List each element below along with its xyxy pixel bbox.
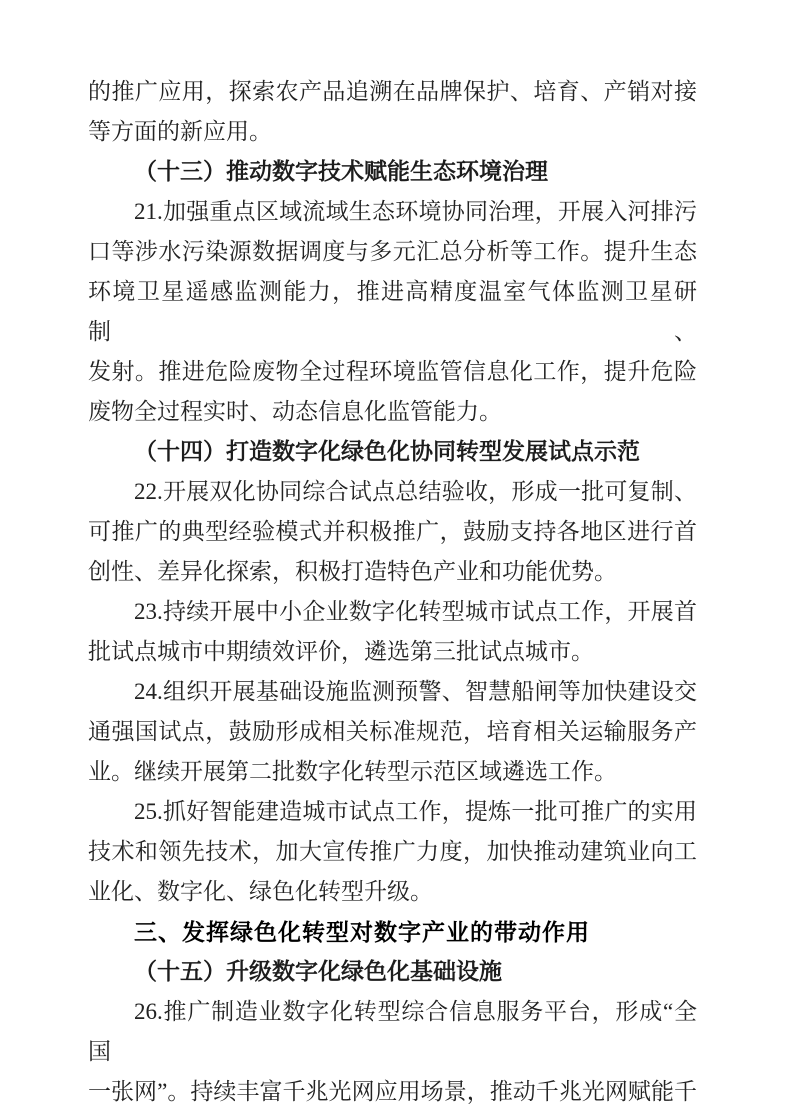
body-text-line: 21.加强重点区域流域生态环境协同治理，开展入河排污: [88, 192, 697, 232]
block-body-2: 21.加强重点区域流域生态环境协同治理，开展入河排污口等涉水污染源数据调度与多元…: [88, 192, 697, 432]
section-heading-line: 三、发挥绿色化转型对数字产业的带动作用: [88, 912, 697, 952]
body-text-line: 发射。推进危险废物全过程环境监管信息化工作，提升危险: [88, 352, 697, 392]
block-body-4: 22.开展双化协同综合试点总结验收，形成一批可复制、可推广的典型经验模式并积极推…: [88, 472, 697, 592]
document-page: 的推广应用，探索农产品追溯在品牌保护、培育、产销对接等方面的新应用。（十三）推动…: [0, 0, 787, 1118]
body-text-line: 22.开展双化协同综合试点总结验收，形成一批可复制、: [88, 472, 697, 512]
body-text-line: 的推广应用，探索农产品追溯在品牌保护、培育、产销对接: [88, 72, 697, 112]
body-text-line: 可推广的典型经验模式并积极推广，鼓励支持各地区进行首: [88, 512, 697, 552]
block-subheading-9: （十五）升级数字化绿色化基础设施: [88, 952, 697, 992]
body-text-line: 24.组织开展基础设施监测预警、智慧船闸等加快建设交: [88, 672, 697, 712]
body-text-line: 业化、数字化、绿色化转型升级。: [88, 872, 697, 912]
document-body: 的推广应用，探索农产品追溯在品牌保护、培育、产销对接等方面的新应用。（十三）推动…: [88, 72, 697, 1112]
subsection-heading-line: （十四）打造数字化绿色化协同转型发展试点示范: [88, 432, 697, 472]
body-text-line: 批试点城市中期绩效评价，遴选第三批试点城市。: [88, 632, 697, 672]
body-text-line: 26.推广制造业数字化转型综合信息服务平台，形成“全国: [88, 992, 697, 1072]
block-body-5: 23.持续开展中小企业数字化转型城市试点工作，开展首批试点城市中期绩效评价，遴选…: [88, 592, 697, 672]
body-text-line: 通强国试点，鼓励形成相关标准规范，培育相关运输服务产: [88, 712, 697, 752]
block-body-0: 的推广应用，探索农产品追溯在品牌保护、培育、产销对接等方面的新应用。: [88, 72, 697, 152]
block-body-7: 25.抓好智能建造城市试点工作，提炼一批可推广的实用技术和领先技术，加大宣传推广…: [88, 792, 697, 912]
body-text-line: 等方面的新应用。: [88, 112, 697, 152]
body-text-line: 口等涉水污染源数据调度与多元汇总分析等工作。提升生态: [88, 232, 697, 272]
block-body-10: 26.推广制造业数字化转型综合信息服务平台，形成“全国一张网”。持续丰富千兆光网…: [88, 992, 697, 1112]
block-heading-8: 三、发挥绿色化转型对数字产业的带动作用: [88, 912, 697, 952]
body-text-line: 业。继续开展第二批数字化转型示范区域遴选工作。: [88, 752, 697, 792]
body-text-line: 25.抓好智能建造城市试点工作，提炼一批可推广的实用: [88, 792, 697, 832]
body-text-line: 环境卫星遥感监测能力，推进高精度温室气体监测卫星研制、: [88, 272, 697, 352]
body-text-line: 创性、差异化探索，积极打造特色产业和功能优势。: [88, 552, 697, 592]
body-text-line: 废物全过程实时、动态信息化监管能力。: [88, 392, 697, 432]
subsection-heading-line: （十三）推动数字技术赋能生态环境治理: [88, 152, 697, 192]
body-text-line: 23.持续开展中小企业数字化转型城市试点工作，开展首: [88, 592, 697, 632]
body-text-line: 技术和领先技术，加大宣传推广力度，加快推动建筑业向工: [88, 832, 697, 872]
block-body-6: 24.组织开展基础设施监测预警、智慧船闸等加快建设交通强国试点，鼓励形成相关标准…: [88, 672, 697, 792]
body-text-line: 一张网”。持续丰富千兆光网应用场景，推动千兆光网赋能千: [88, 1072, 697, 1112]
block-subheading-3: （十四）打造数字化绿色化协同转型发展试点示范: [88, 432, 697, 472]
subsection-heading-line: （十五）升级数字化绿色化基础设施: [88, 952, 697, 992]
block-subheading-1: （十三）推动数字技术赋能生态环境治理: [88, 152, 697, 192]
